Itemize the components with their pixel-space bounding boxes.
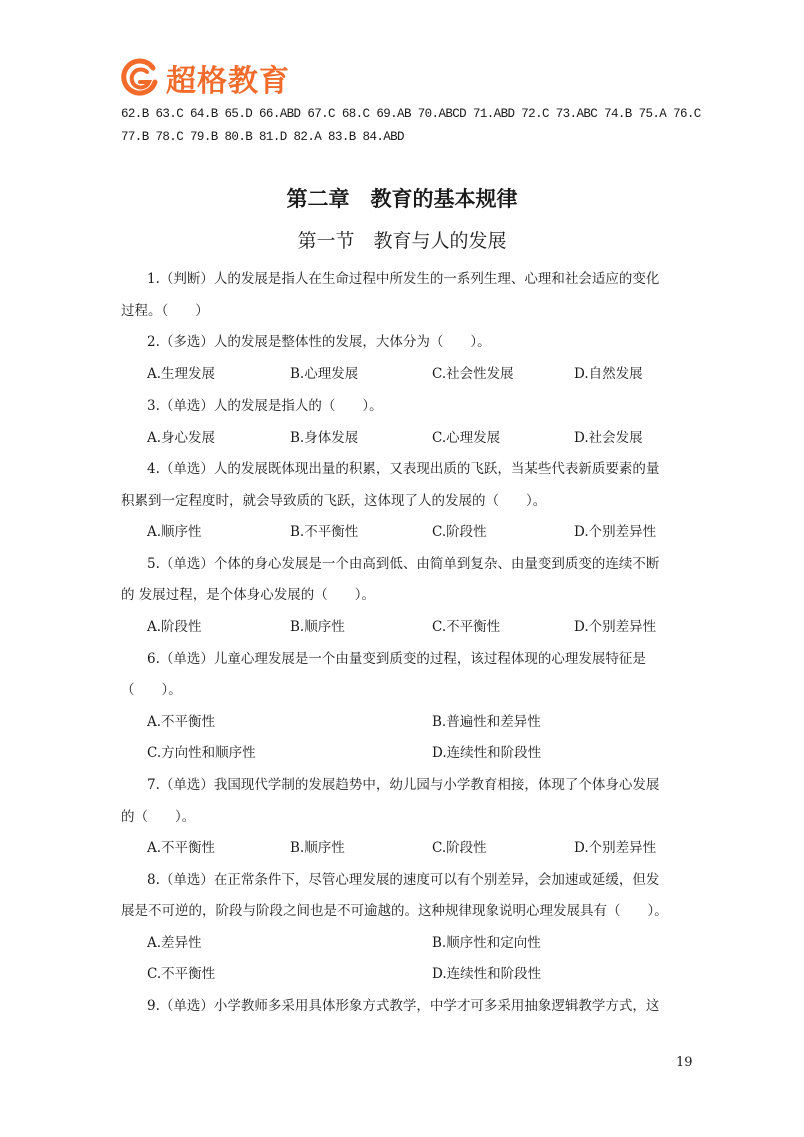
question-4-option-d: D.个别差异性 bbox=[574, 520, 656, 540]
question-2-option-a: A.生理发展 bbox=[147, 362, 215, 382]
question-3-option-a: A.身心发展 bbox=[147, 426, 215, 446]
question-2-option-d: D.自然发展 bbox=[574, 362, 643, 382]
section-title: 第一节 教育与人的发展 bbox=[0, 226, 804, 253]
question-8-option-d: D.连续性和阶段性 bbox=[432, 962, 541, 982]
question-8-option-b: B.顺序性和定向性 bbox=[432, 931, 541, 951]
question-5-option-b: B.顺序性 bbox=[290, 615, 345, 635]
logo-text: 超格教育 bbox=[166, 56, 290, 100]
question-7-option-a: A.不平衡性 bbox=[147, 836, 215, 856]
question-8-line-1: 8.（单选）在正常条件下，尽管心理发展的速度可以有个别差异，会加速或延缓，但发 bbox=[147, 868, 659, 888]
answer-line: 62.B 63.C 64.B 65.D 66.ABD 67.C 68.C 69.… bbox=[121, 103, 691, 126]
question-7-option-d: D.个别差异性 bbox=[574, 836, 656, 856]
question-3-option-c: C.心理发展 bbox=[432, 426, 500, 446]
question-3-option-b: B.身体发展 bbox=[290, 426, 358, 446]
brand-logo: 超格教育 bbox=[120, 58, 290, 98]
question-5-line-1: 5.（单选）个体的身心发展是一个由高到低、由简单到复杂、由量变到质变的连续不断 bbox=[147, 552, 659, 572]
question-7-line-2: 的（ ）。 bbox=[121, 805, 195, 825]
question-6-option-a: A.不平衡性 bbox=[147, 710, 215, 730]
question-6-option-d: D.连续性和阶段性 bbox=[432, 741, 541, 761]
page-number: 19 bbox=[676, 1055, 693, 1070]
question-6-line-1: 6.（单选）儿童心理发展是一个由量变到质变的过程，该过程体现的心理发展特征是 bbox=[147, 647, 646, 667]
question-4-line-1: 4.（单选）人的发展既体现出量的积累，又表现出质的飞跃，当某些代表新质要素的量 bbox=[147, 457, 659, 477]
question-4-option-a: A.顺序性 bbox=[147, 520, 202, 540]
question-5-line-2: 的 发展过程，是个体身心发展的（ ）。 bbox=[121, 583, 375, 603]
question-9-line-1: 9.（单选）小学教师多采用具体形象方式教学，中学才可多采用抽象逻辑教学方式，这 bbox=[147, 994, 659, 1014]
question-8-option-a: A.差异性 bbox=[147, 931, 202, 951]
question-5-option-a: A.阶段性 bbox=[147, 615, 202, 635]
question-5-option-d: D.个别差异性 bbox=[574, 615, 656, 635]
question-6-option-c: C.方向性和顺序性 bbox=[147, 741, 256, 761]
question-7-option-c: C.阶段性 bbox=[432, 836, 487, 856]
question-1-line-2: 过程。（ ） bbox=[121, 299, 209, 319]
answer-key: 62.B 63.C 64.B 65.D 66.ABD 67.C 68.C 69.… bbox=[121, 103, 691, 149]
question-4-option-c: C.阶段性 bbox=[432, 520, 487, 540]
question-4-line-2: 积累到一定程度时，就会导致质的飞跃，这体现了人的发展的（ ）。 bbox=[121, 489, 546, 509]
question-8-option-c: C.不平衡性 bbox=[147, 962, 215, 982]
question-6-line-2: （ ）。 bbox=[121, 678, 182, 698]
question-3-line-1: 3.（单选）人的发展是指人的（ ）。 bbox=[147, 394, 383, 414]
question-2-line-1: 2.（多选）人的发展是整体性的发展，大体分为（ ）。 bbox=[147, 330, 491, 350]
question-4-option-b: B.不平衡性 bbox=[290, 520, 358, 540]
question-6-option-b: B.普遍性和差异性 bbox=[432, 710, 541, 730]
answer-line: 77.B 78.C 79.B 80.B 81.D 82.A 83.B 84.AB… bbox=[121, 126, 691, 149]
question-2-option-b: B.心理发展 bbox=[290, 362, 358, 382]
chapter-title: 第二章 教育的基本规律 bbox=[0, 183, 804, 213]
question-7-option-b: B.顺序性 bbox=[290, 836, 345, 856]
question-1-line-1: 1.（判断）人的发展是指人在生命过程中所发生的一系列生理、心理和社会适应的变化 bbox=[147, 267, 659, 287]
logo-g-icon bbox=[120, 58, 160, 98]
question-3-option-d: D.社会发展 bbox=[574, 426, 643, 446]
question-2-option-c: C.社会性发展 bbox=[432, 362, 514, 382]
question-5-option-c: C.不平衡性 bbox=[432, 615, 500, 635]
question-8-line-2: 展是不可逆的，阶段与阶段之间也是不可逾越的。这种规律现象说明心理发展具有（ ）。 bbox=[121, 899, 668, 919]
question-7-line-1: 7.（单选）我国现代学制的发展趋势中，幼儿园与小学教育相接，体现了个体身心发展 bbox=[147, 773, 659, 793]
